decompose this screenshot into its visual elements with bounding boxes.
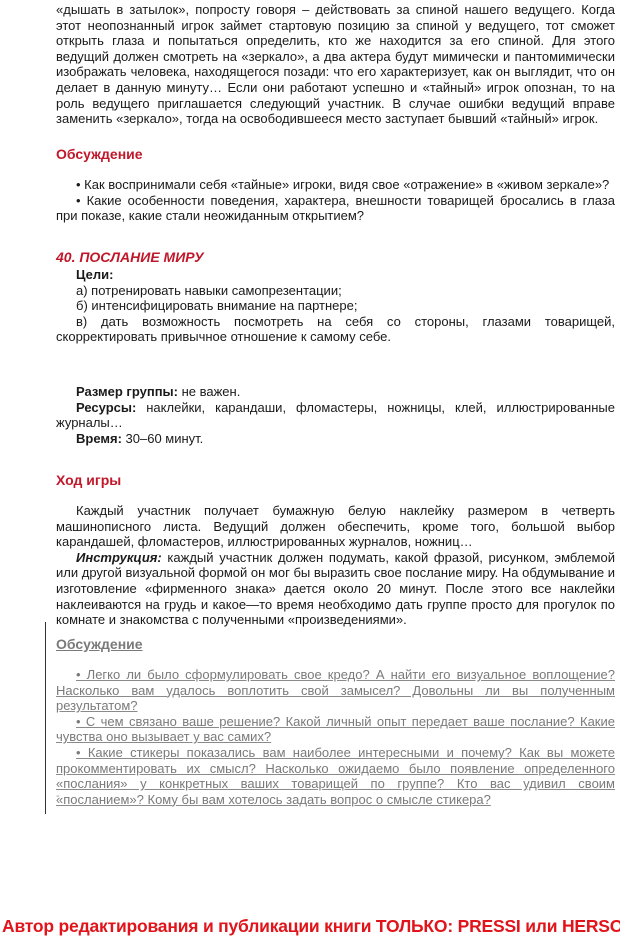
resources-value: наклейки, карандаши, фломастеры, ножницы… bbox=[56, 400, 615, 431]
discussion2-item: • Легко ли было сформулировать свое кред… bbox=[56, 667, 615, 714]
discussion-item: • Какие особенности поведения, характера… bbox=[56, 193, 615, 224]
game-section: 40. ПОСЛАНИЕ МИРУ Цели: а) потренировать… bbox=[56, 249, 615, 345]
procedure-paragraph: Каждый участник получает бумажную белую … bbox=[56, 503, 615, 550]
goal-item: б) интенсифицировать внимание на партнер… bbox=[56, 298, 615, 314]
group-size-value: не важен. bbox=[178, 384, 240, 399]
discussion-list: • Как воспринимали себя «тайные» игроки,… bbox=[56, 177, 615, 224]
goal-item: а) потренировать навыки самопрезентации; bbox=[56, 283, 615, 299]
instruction-label: Инструкция: bbox=[76, 550, 162, 565]
discussion-item: • Как воспринимали себя «тайные» игроки,… bbox=[56, 177, 615, 193]
procedure-section: Каждый участник получает бумажную белую … bbox=[56, 503, 615, 628]
goals-label: Цели: bbox=[76, 267, 113, 282]
time-row: Время: 30–60 минут. bbox=[56, 431, 615, 447]
discussion-heading: Обсуждение bbox=[56, 146, 143, 162]
intro-section: «дышать в затылок», попросту говоря – де… bbox=[56, 2, 615, 127]
time-label: Время: bbox=[76, 431, 122, 446]
discussion2-item: • Какие стикеры показались вам наиболее … bbox=[56, 745, 615, 807]
intro-paragraph: «дышать в затылок», попросту говоря – де… bbox=[56, 2, 615, 127]
discussion2-list: • Легко ли было сформулировать свое кред… bbox=[56, 667, 615, 807]
trailing-mark: - bbox=[56, 790, 60, 802]
goal-item: в) дать возможность посмотреть на себя с… bbox=[56, 314, 615, 345]
group-size-row: Размер группы: не важен. bbox=[56, 384, 615, 400]
revision-margin-line bbox=[45, 622, 46, 814]
game-title: 40. ПОСЛАНИЕ МИРУ bbox=[56, 249, 615, 265]
time-value: 30–60 минут. bbox=[122, 431, 203, 446]
instruction-paragraph: Инструкция: каждый участник должен подум… bbox=[56, 550, 615, 628]
resources-label: Ресурсы: bbox=[76, 400, 136, 415]
group-size-label: Размер группы: bbox=[76, 384, 178, 399]
discussion2-item: • С чем связано ваше решение? Какой личн… bbox=[56, 714, 615, 745]
procedure-heading: Ход игры bbox=[56, 472, 121, 488]
discussion2-heading: Обсуждение bbox=[56, 636, 143, 652]
game-parameters: Размер группы: не важен. Ресурсы: наклей… bbox=[56, 384, 615, 446]
resources-row: Ресурсы: наклейки, карандаши, фломастеры… bbox=[56, 400, 615, 431]
publisher-footer: Автор редактирования и публикации книги … bbox=[2, 916, 620, 937]
